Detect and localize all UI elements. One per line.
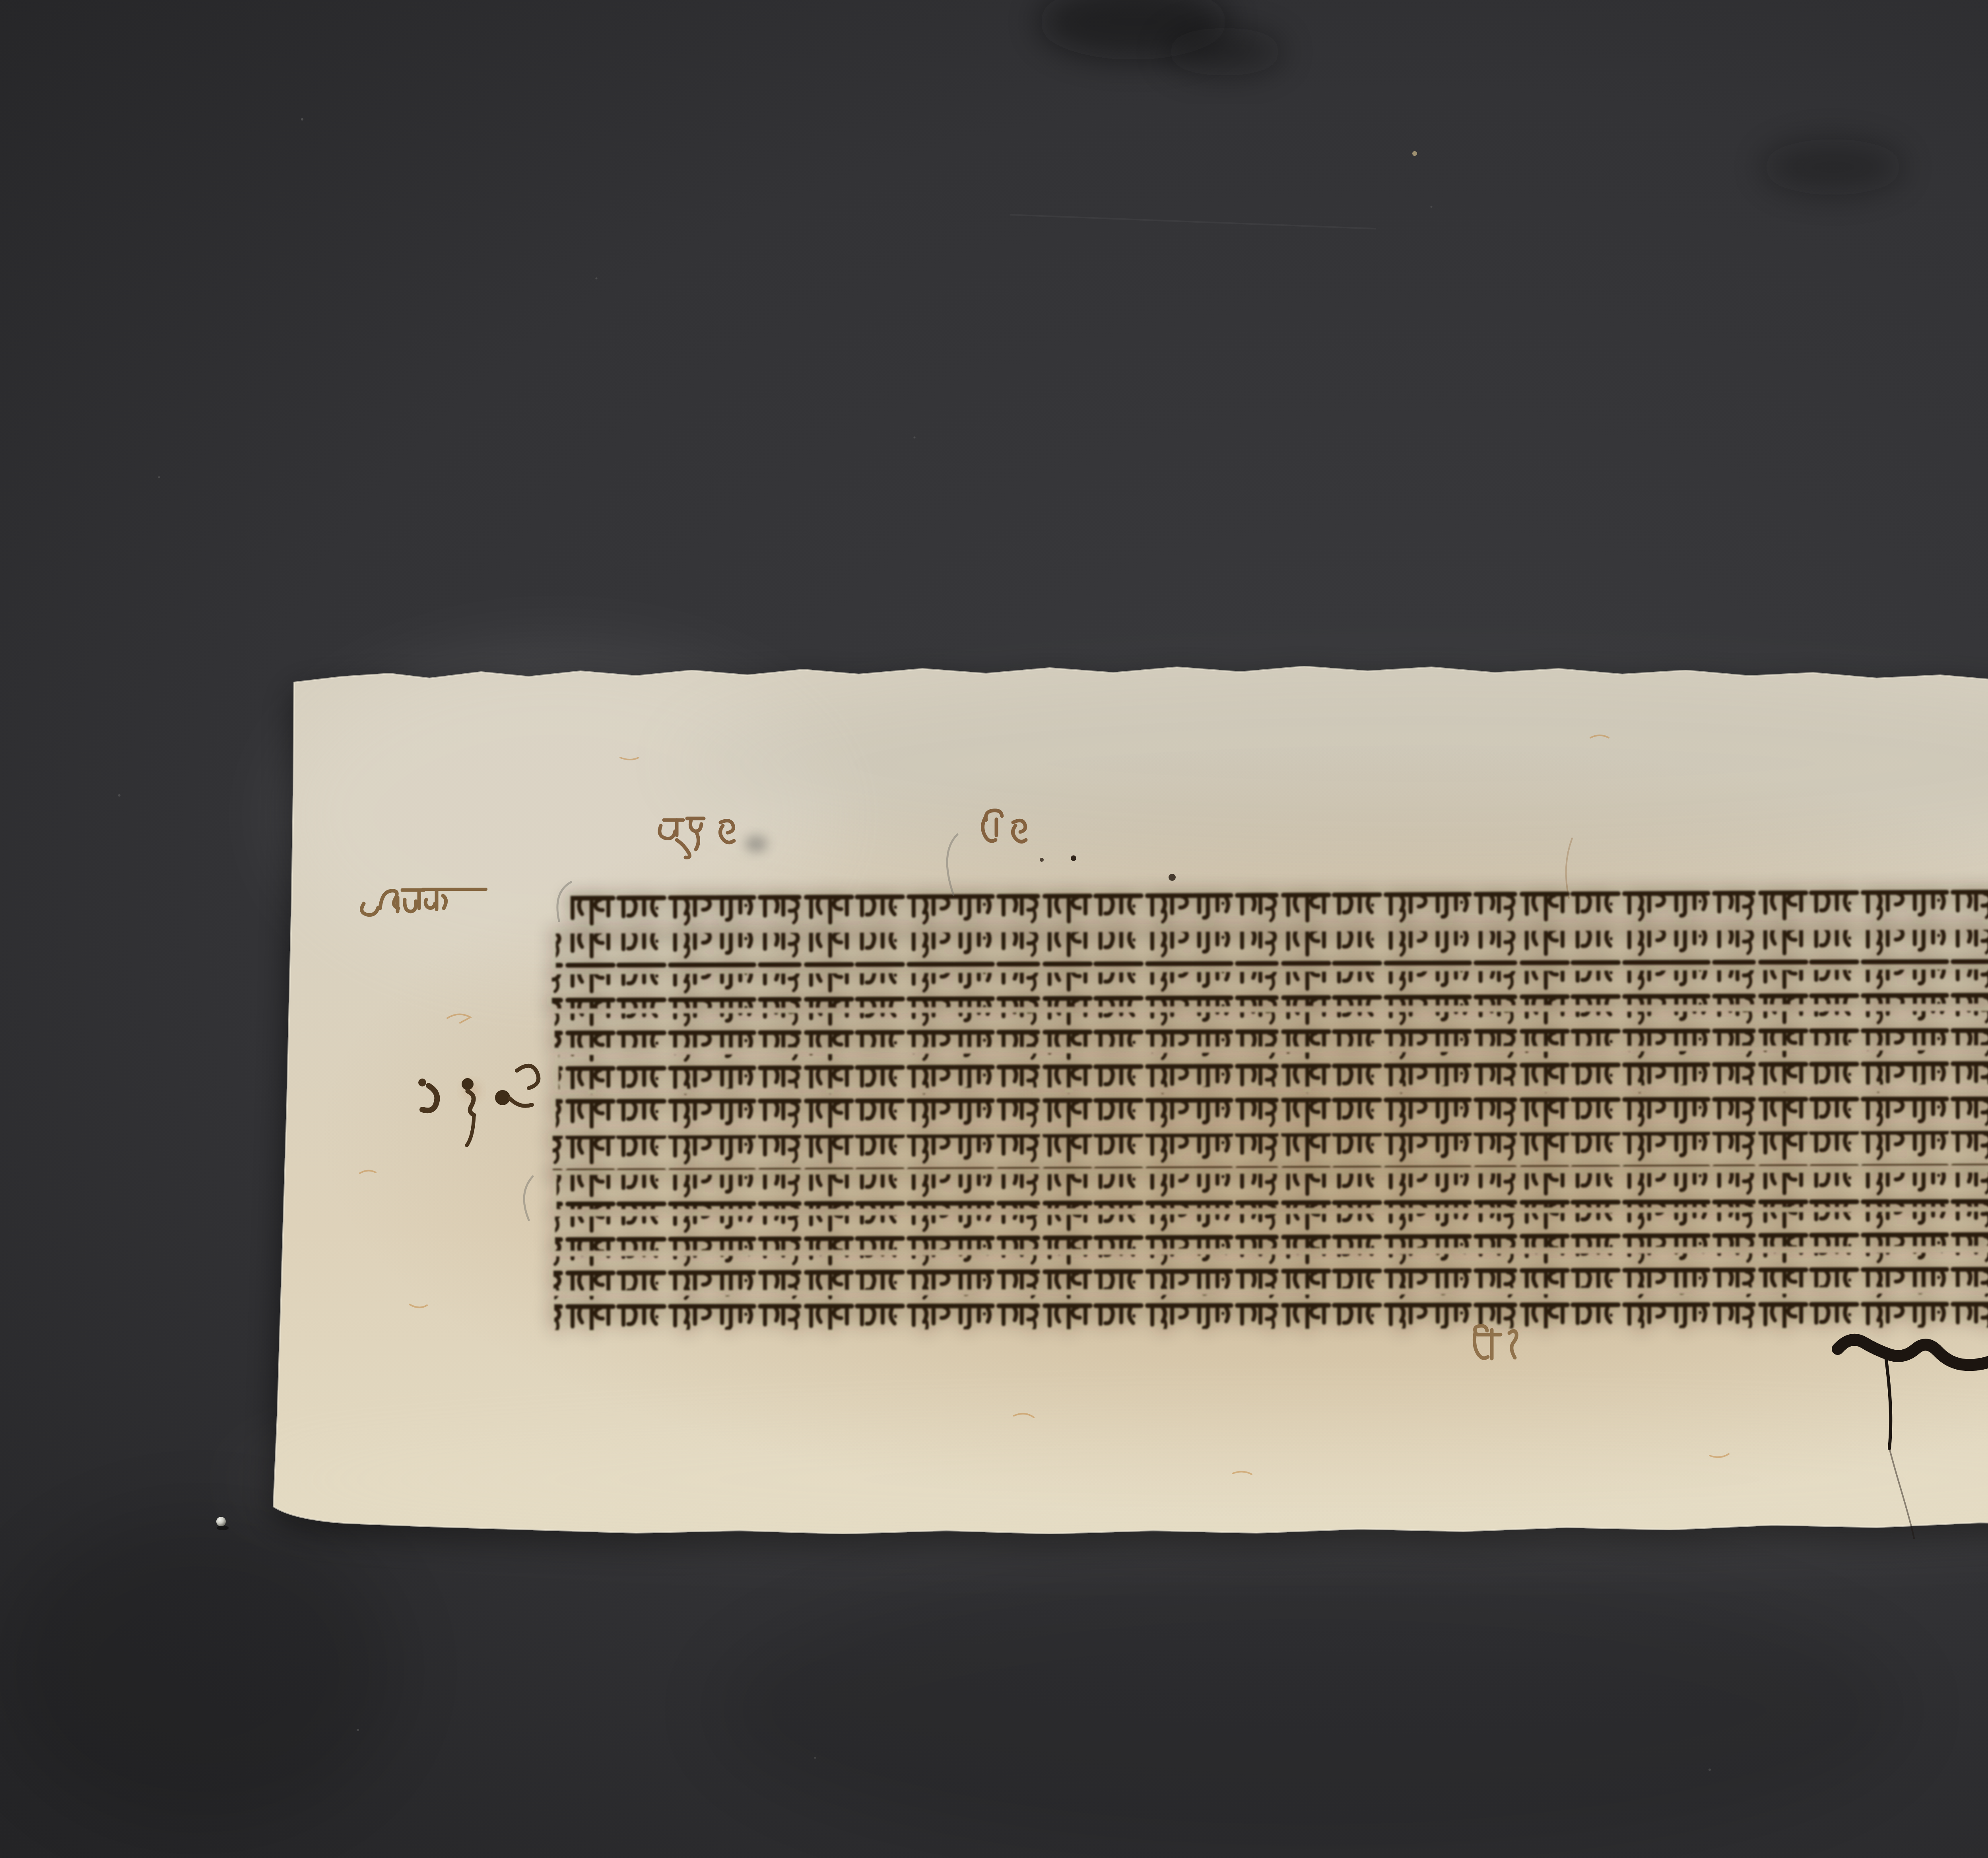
text-line-9 (555, 1211, 1988, 1251)
text-line-5 (559, 1049, 1988, 1089)
graphite-smudge (745, 836, 767, 852)
text-line-4 (555, 1011, 1988, 1048)
text-line-2 (556, 929, 1988, 968)
text-line-11 (554, 1293, 1988, 1330)
text-line-3 (552, 969, 1988, 1009)
text-line-10 (553, 1252, 1988, 1290)
text-line-8 (557, 1172, 1988, 1209)
manuscript-text-block (546, 884, 1988, 1334)
photograph (0, 0, 1988, 1858)
text-line-1 (571, 887, 1988, 928)
text-line-7 (553, 1130, 1988, 1170)
text-line-6 (556, 1091, 1988, 1128)
